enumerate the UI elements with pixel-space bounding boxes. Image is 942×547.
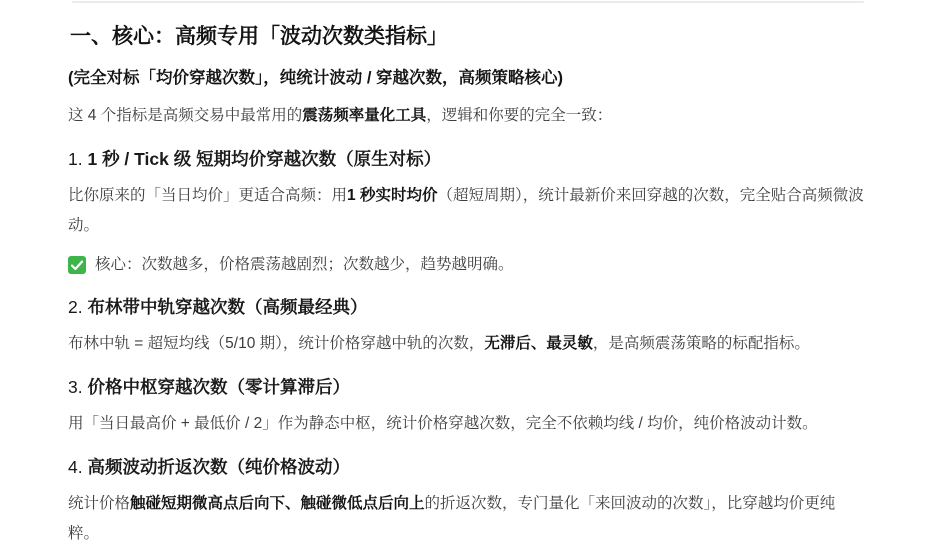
text-run-bold: 触碰短期微高点后向下、触碰微低点后向上 bbox=[130, 495, 425, 512]
text-run: 比你原来的「当日均价」更适合高频：用 bbox=[68, 187, 347, 204]
callout-core-note: 核心：次数越多，价格震荡越剧烈；次数越少，趋势越明确。 bbox=[68, 251, 864, 279]
heading-number: 2. bbox=[68, 297, 87, 317]
heading-number: 1. bbox=[68, 149, 87, 169]
section-subtitle: (完全对标「均价穿越次数」，纯统计波动 / 穿越次数，高频策略核心) bbox=[68, 64, 864, 92]
text-run: 统计价格 bbox=[68, 495, 130, 512]
heading-number: 4. bbox=[68, 457, 87, 477]
section-title: 一、核心：高频专用「波动次数类指标」 bbox=[70, 22, 864, 52]
text-run: 用「当日最高价 + 最低价 / 2」作为静态中枢，统计价格穿越次数，完全不依赖均… bbox=[68, 415, 818, 432]
heading-title: 1 秒 / Tick 级 短期均价穿越次数（原生对标） bbox=[87, 149, 441, 169]
paragraph-indicator-1: 比你原来的「当日均价」更适合高频：用1 秒实时均价（超短周期），统计最新价来回穿… bbox=[68, 181, 864, 241]
section-subtitle-text: (完全对标「均价穿越次数」，纯统计波动 / 穿越次数，高频策略核心) bbox=[68, 69, 563, 87]
heading-title: 高频波动折返次数（纯价格波动） bbox=[87, 457, 350, 477]
numbered-heading-3: 3. 价格中枢穿越次数（零计算滞后） bbox=[68, 374, 864, 400]
check-mark-icon bbox=[68, 256, 86, 274]
text-run: 布林中轨 = 超短均线（5/10 期），统计价格穿越中轨的次数， bbox=[68, 335, 484, 352]
numbered-heading-2: 2. 布林带中轨穿越次数（高频最经典） bbox=[68, 294, 864, 320]
paragraph-indicator-2: 布林中轨 = 超短均线（5/10 期），统计价格穿越中轨的次数，无滞后、最灵敏，… bbox=[68, 329, 864, 359]
document-page: 一、核心：高频专用「波动次数类指标」 (完全对标「均价穿越次数」，纯统计波动 /… bbox=[0, 1, 942, 547]
callout-text: 核心：次数越多，价格震荡越剧烈；次数越少，趋势越明确。 bbox=[95, 251, 514, 279]
paragraph-indicator-4: 统计价格触碰短期微高点后向下、触碰微低点后向上的折返次数，专门量化「来回波动的次… bbox=[68, 489, 864, 547]
text-run: ，逻辑和你要的完全一致： bbox=[426, 107, 612, 124]
section-divider bbox=[72, 1, 864, 3]
numbered-heading-1: 1. 1 秒 / Tick 级 短期均价穿越次数（原生对标） bbox=[68, 146, 864, 172]
text-run: ，是高频震荡策略的标配指标。 bbox=[593, 335, 810, 352]
intro-paragraph: 这 4 个指标是高频交易中最常用的震荡频率量化工具，逻辑和你要的完全一致： bbox=[68, 101, 864, 131]
heading-title: 价格中枢穿越次数（零计算滞后） bbox=[87, 377, 350, 397]
text-run-bold: 震荡频率量化工具 bbox=[302, 107, 426, 124]
heading-number: 3. bbox=[68, 377, 87, 397]
paragraph-indicator-3: 用「当日最高价 + 最低价 / 2」作为静态中枢，统计价格穿越次数，完全不依赖均… bbox=[68, 409, 864, 439]
text-run-bold: 1 秒实时均价 bbox=[347, 187, 437, 204]
section-title-text: 一、核心：高频专用「波动次数类指标」 bbox=[70, 25, 448, 48]
text-run-bold: 无滞后、最灵敏 bbox=[484, 335, 593, 352]
numbered-heading-4: 4. 高频波动折返次数（纯价格波动） bbox=[68, 454, 864, 480]
heading-title: 布林带中轨穿越次数（高频最经典） bbox=[87, 297, 367, 317]
text-run: 这 4 个指标是高频交易中最常用的 bbox=[68, 107, 302, 124]
